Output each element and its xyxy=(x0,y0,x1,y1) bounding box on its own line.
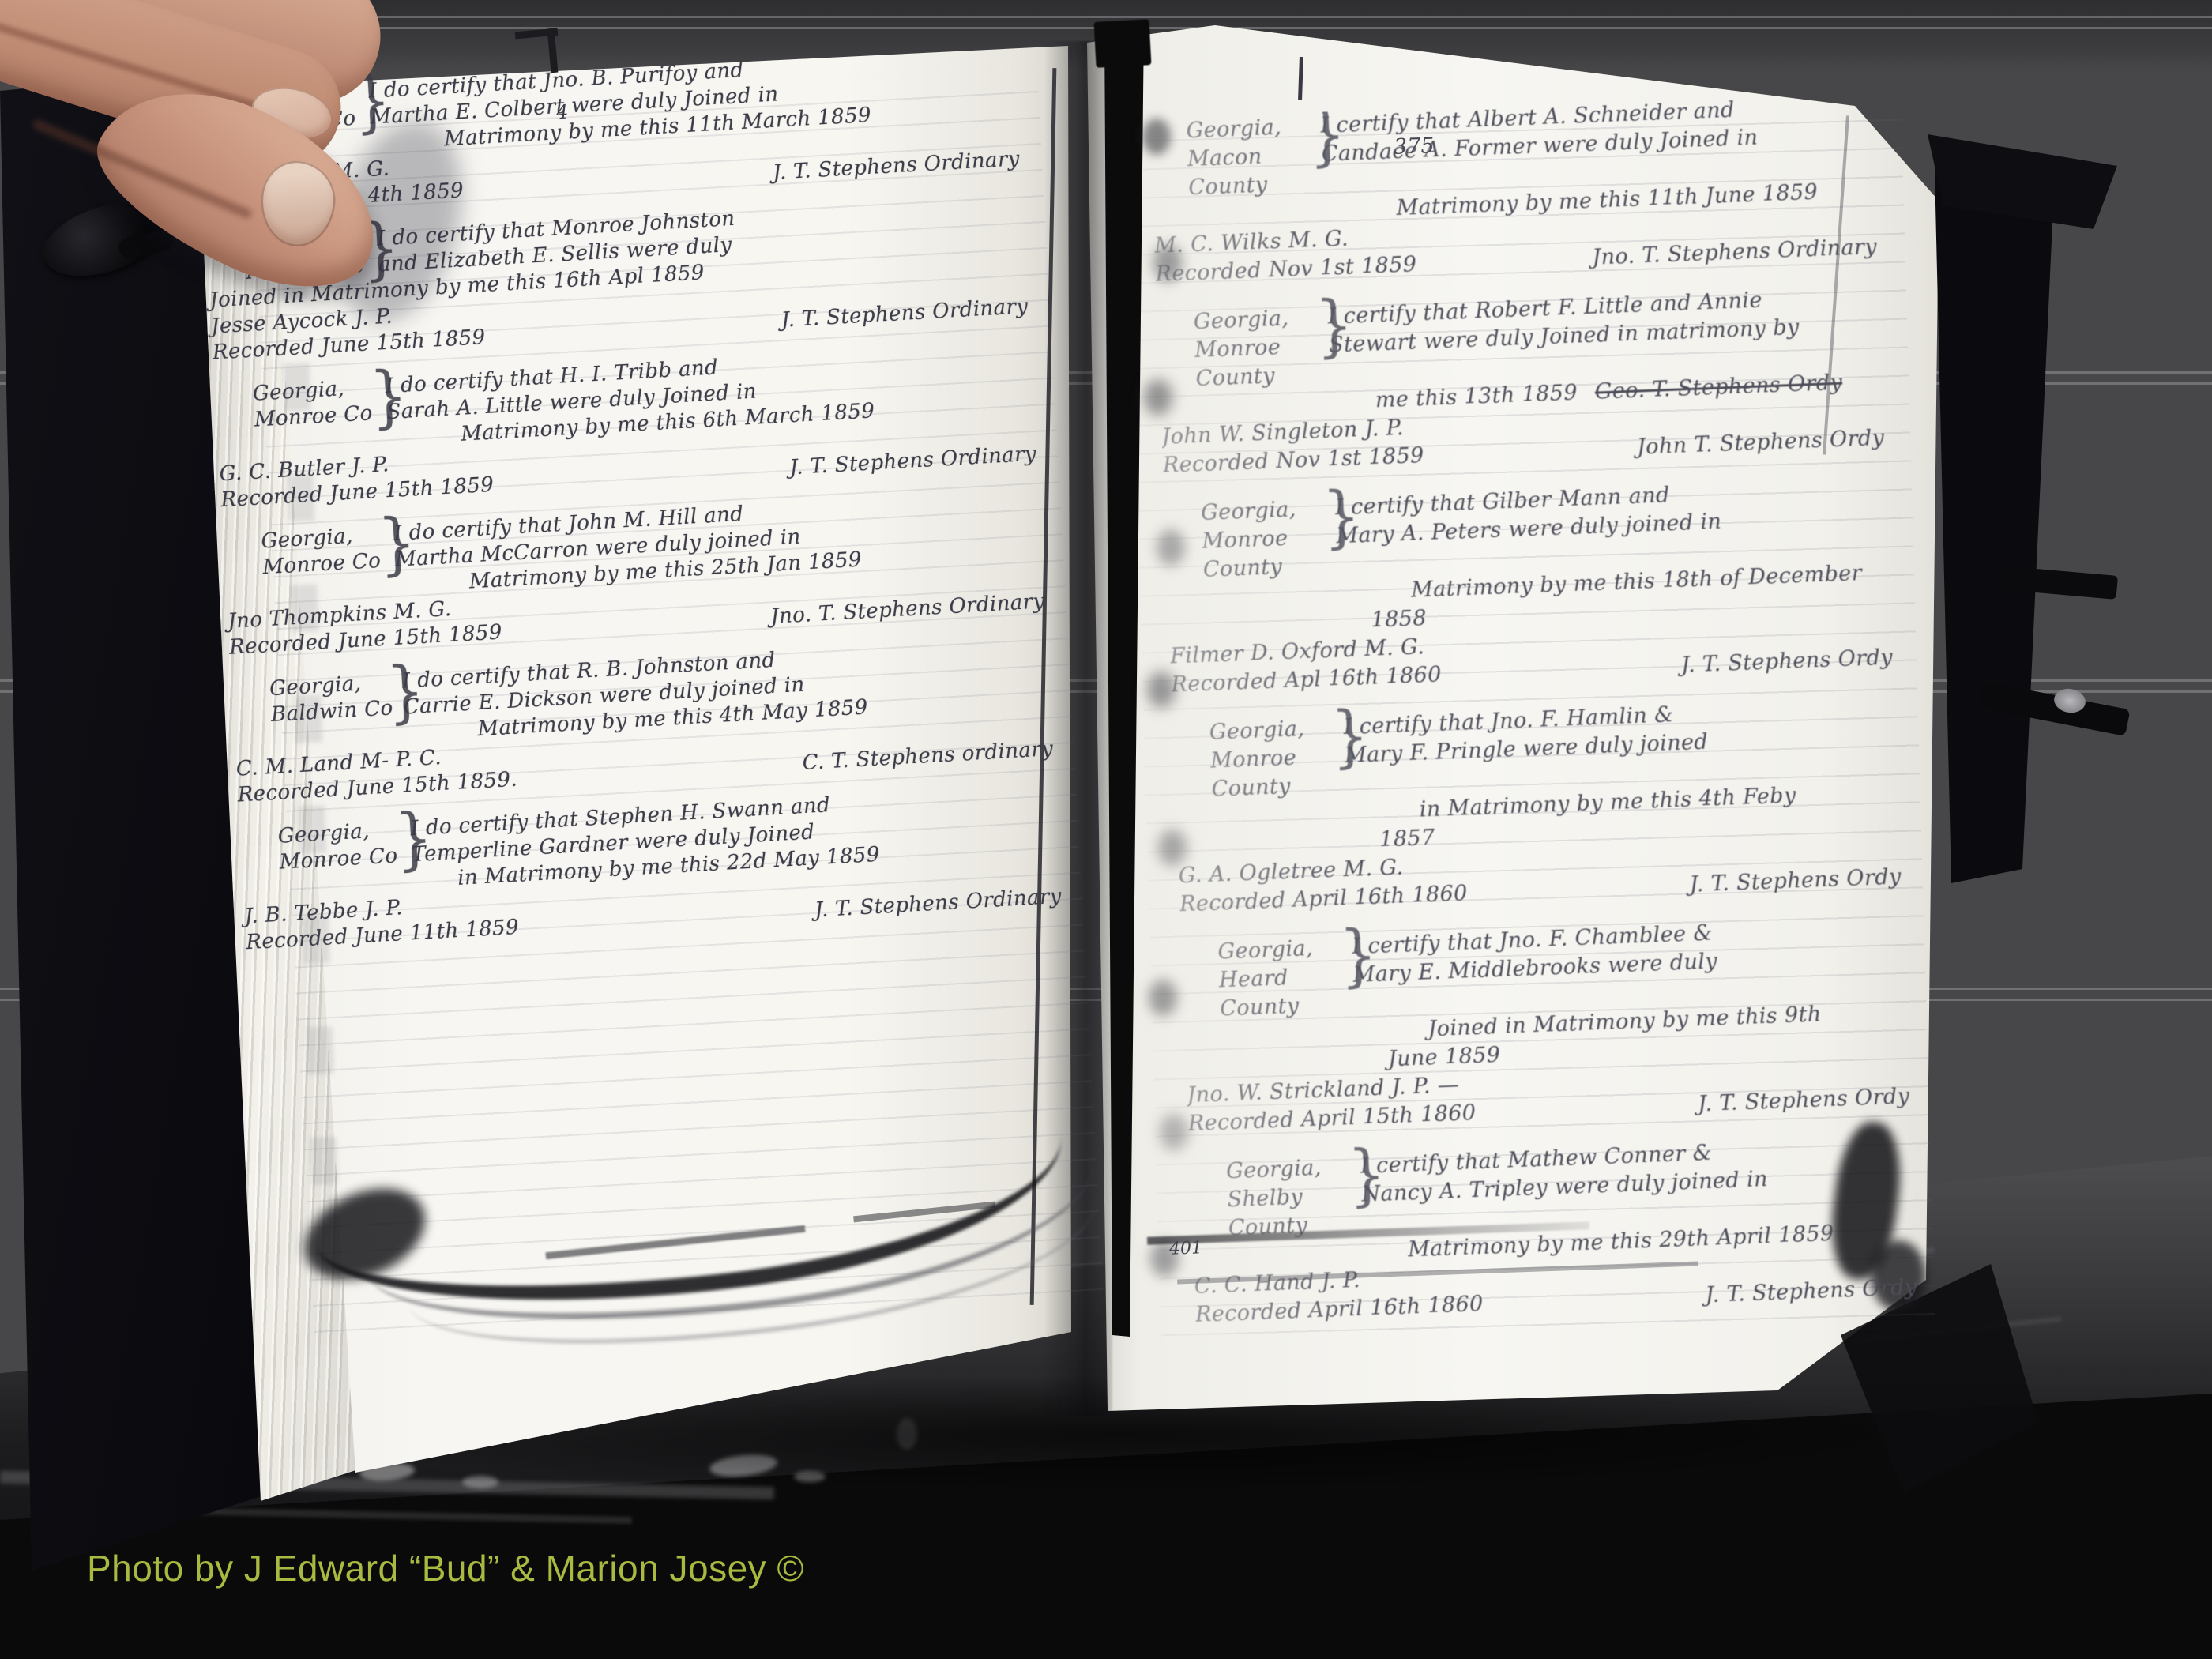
left-page-corner-mark: 4 xyxy=(555,101,569,124)
marriage-record: } Georgia,I certify that Robert F. Littl… xyxy=(1157,281,1905,480)
marriage-record: } Georgia,I certify that Jno. F. Hamlin … xyxy=(1172,691,1922,919)
marriage-record: } Georgia,I certify that Jno. F. Chamble… xyxy=(1181,911,1931,1138)
marriage-record: } Georgia,I do certify that Stephen H. S… xyxy=(239,778,1083,956)
brace: } xyxy=(385,656,426,726)
photographer-watermark: Photo by J Edward “Bud” & Marion Josey © xyxy=(87,1547,804,1589)
brace: } xyxy=(377,510,418,579)
record-county: Monroe County xyxy=(1165,522,1338,585)
brace: } xyxy=(1347,1141,1387,1209)
marriage-record: } Georgia,I certify that Gilber Mann and… xyxy=(1164,472,1914,700)
right-page-number: 375 xyxy=(1393,134,1435,160)
marriage-record: } Georgia,I do certify that R. B. Johnst… xyxy=(231,631,1074,809)
marriage-record: } Georgia,I certify that Mathew Conner &… xyxy=(1190,1130,1939,1330)
record-county: Monroe County xyxy=(1174,742,1347,805)
right-page-bottom-number: 401 xyxy=(1169,1238,1203,1258)
photocopy-spine-bar xyxy=(1094,19,1152,68)
record-county: Shelby County xyxy=(1191,1181,1364,1244)
brace: } xyxy=(1322,483,1362,551)
brace: } xyxy=(1338,921,1379,990)
record-county: Heard County xyxy=(1182,961,1355,1025)
brace: } xyxy=(1330,702,1371,770)
right-page-records: } Georgia,I certify that Albert A. Schne… xyxy=(1149,90,1939,1350)
marriage-record: } Georgia,I certify that Albert A. Schne… xyxy=(1149,90,1898,289)
record-county: Monroe County xyxy=(1158,332,1331,395)
brace: } xyxy=(393,804,434,874)
hand xyxy=(0,0,553,474)
marriage-record: } Georgia,I do certify that John M. Hill… xyxy=(223,483,1066,661)
photo-of-marriage-record-book: } Georgia,I do certify that Jno. B. Puri… xyxy=(0,0,2212,1659)
brace: } xyxy=(1315,292,1355,360)
record-county: Macon County xyxy=(1150,141,1323,204)
binder-spine-hardware xyxy=(1928,126,2070,893)
